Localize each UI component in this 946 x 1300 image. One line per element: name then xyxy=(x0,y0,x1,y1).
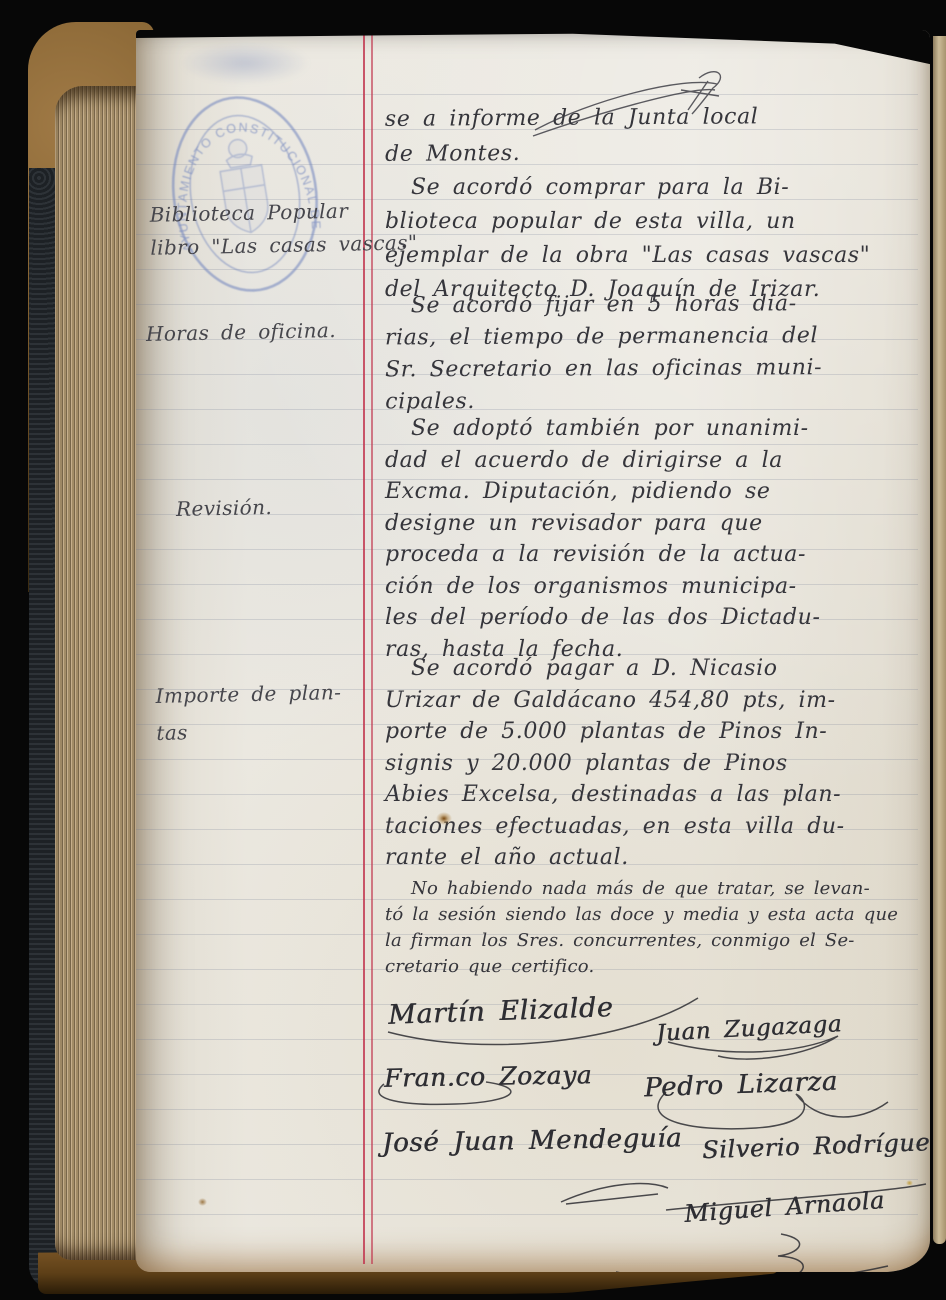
manuscript-line: proceda a la revisión de la actua- xyxy=(385,539,930,571)
paragraph: Se acordó pagar a D. Nicasio Urizar de G… xyxy=(385,653,930,874)
margin-note-line: Horas de oficina. xyxy=(146,314,337,351)
margin-note-line: tas xyxy=(156,711,342,752)
margin-note-revision: Revisión. xyxy=(176,491,273,526)
manuscript-line: signis y 20.000 plantas de Pinos xyxy=(385,748,930,780)
manuscript-line: Se acordó comprar para la Bi- xyxy=(385,171,930,205)
manuscript-line: taciones efectuadas, en esta villa du- xyxy=(385,811,930,843)
manuscript-line: blioteca popular de esta villa, un xyxy=(385,205,930,239)
manuscript-line: les del período de las dos Dictadu- xyxy=(385,602,930,634)
manuscript-page: AYUNTAMIENTO CONSTITUCIONAL DE Bibliotec… xyxy=(136,30,930,1272)
margin-note-line: libro "Las casas vascas" xyxy=(150,226,418,265)
paragraph: No habiendo nada más de que tratar, se l… xyxy=(385,876,930,980)
manuscript-line: No habiendo nada más de que tratar, se l… xyxy=(385,876,930,902)
stain xyxy=(198,1198,207,1206)
paragraph: Se acordó comprar para la Bi- blioteca p… xyxy=(385,171,930,307)
manuscript-line: designe un revisador para que xyxy=(385,508,930,540)
paragraph: Se adoptó también por unanimi- dad el ac… xyxy=(385,413,930,665)
manuscript-line: Abies Excelsa, destinadas a las plan- xyxy=(385,779,930,811)
manuscript-line: Se acordó fijar en 5 horas dia- xyxy=(385,288,930,323)
manuscript-line: rias, el tiempo de permanencia del xyxy=(385,320,930,355)
manuscript-line: Se adoptó también por unanimi- xyxy=(385,413,930,445)
manuscript-line: la firman los Sres. concurrentes, conmig… xyxy=(385,928,930,954)
ink-bleedthrough xyxy=(180,42,310,84)
manuscript-line: se a informe de la Junta local xyxy=(385,98,930,137)
book-scan: AYUNTAMIENTO CONSTITUCIONAL DE Bibliotec… xyxy=(0,0,946,1300)
manuscript-line: rante el año actual. xyxy=(385,842,930,874)
manuscript-line: ción de los organismos municipa- xyxy=(385,571,930,603)
stain xyxy=(436,812,452,825)
manuscript-line: Sr. Secretario en las oficinas muni- xyxy=(385,352,930,387)
paragraph: Se acordó fijar en 5 horas dia- rias, el… xyxy=(385,288,930,419)
manuscript-line: porte de 5.000 plantas de Pinos In- xyxy=(385,716,930,748)
margin-note-biblioteca: Biblioteca Popular libro "Las casas vasc… xyxy=(149,193,418,265)
manuscript-line: de Montes. xyxy=(385,133,930,172)
manuscript-line: Excma. Diputación, pidiendo se xyxy=(385,476,930,508)
manuscript-line: Se acordó pagar a D. Nicasio xyxy=(385,653,930,685)
signature-flourishes xyxy=(366,970,930,1272)
manuscript-line: ejemplar de la obra "Las casas vascas" xyxy=(385,239,930,273)
margin-note-importe: Importe de plan- tas xyxy=(155,674,342,752)
manuscript-line: Urizar de Galdácano 454,80 pts, im- xyxy=(385,685,930,717)
stain xyxy=(906,1180,913,1186)
paragraph: se a informe de la Junta local de Montes… xyxy=(385,98,930,172)
manuscript-line: dad el acuerdo de dirigirse a la xyxy=(385,445,930,477)
margin-note-line: Revisión. xyxy=(176,491,273,526)
manuscript-line: tó la sesión siendo las doce y media y e… xyxy=(385,902,930,928)
margin-note-line: Biblioteca Popular xyxy=(149,193,417,232)
next-page-fore-edge xyxy=(933,36,946,1244)
margin-note-horas: Horas de oficina. xyxy=(146,314,337,351)
page-stack-edge xyxy=(55,86,141,1260)
margin-note-line: Importe de plan- xyxy=(155,674,341,715)
